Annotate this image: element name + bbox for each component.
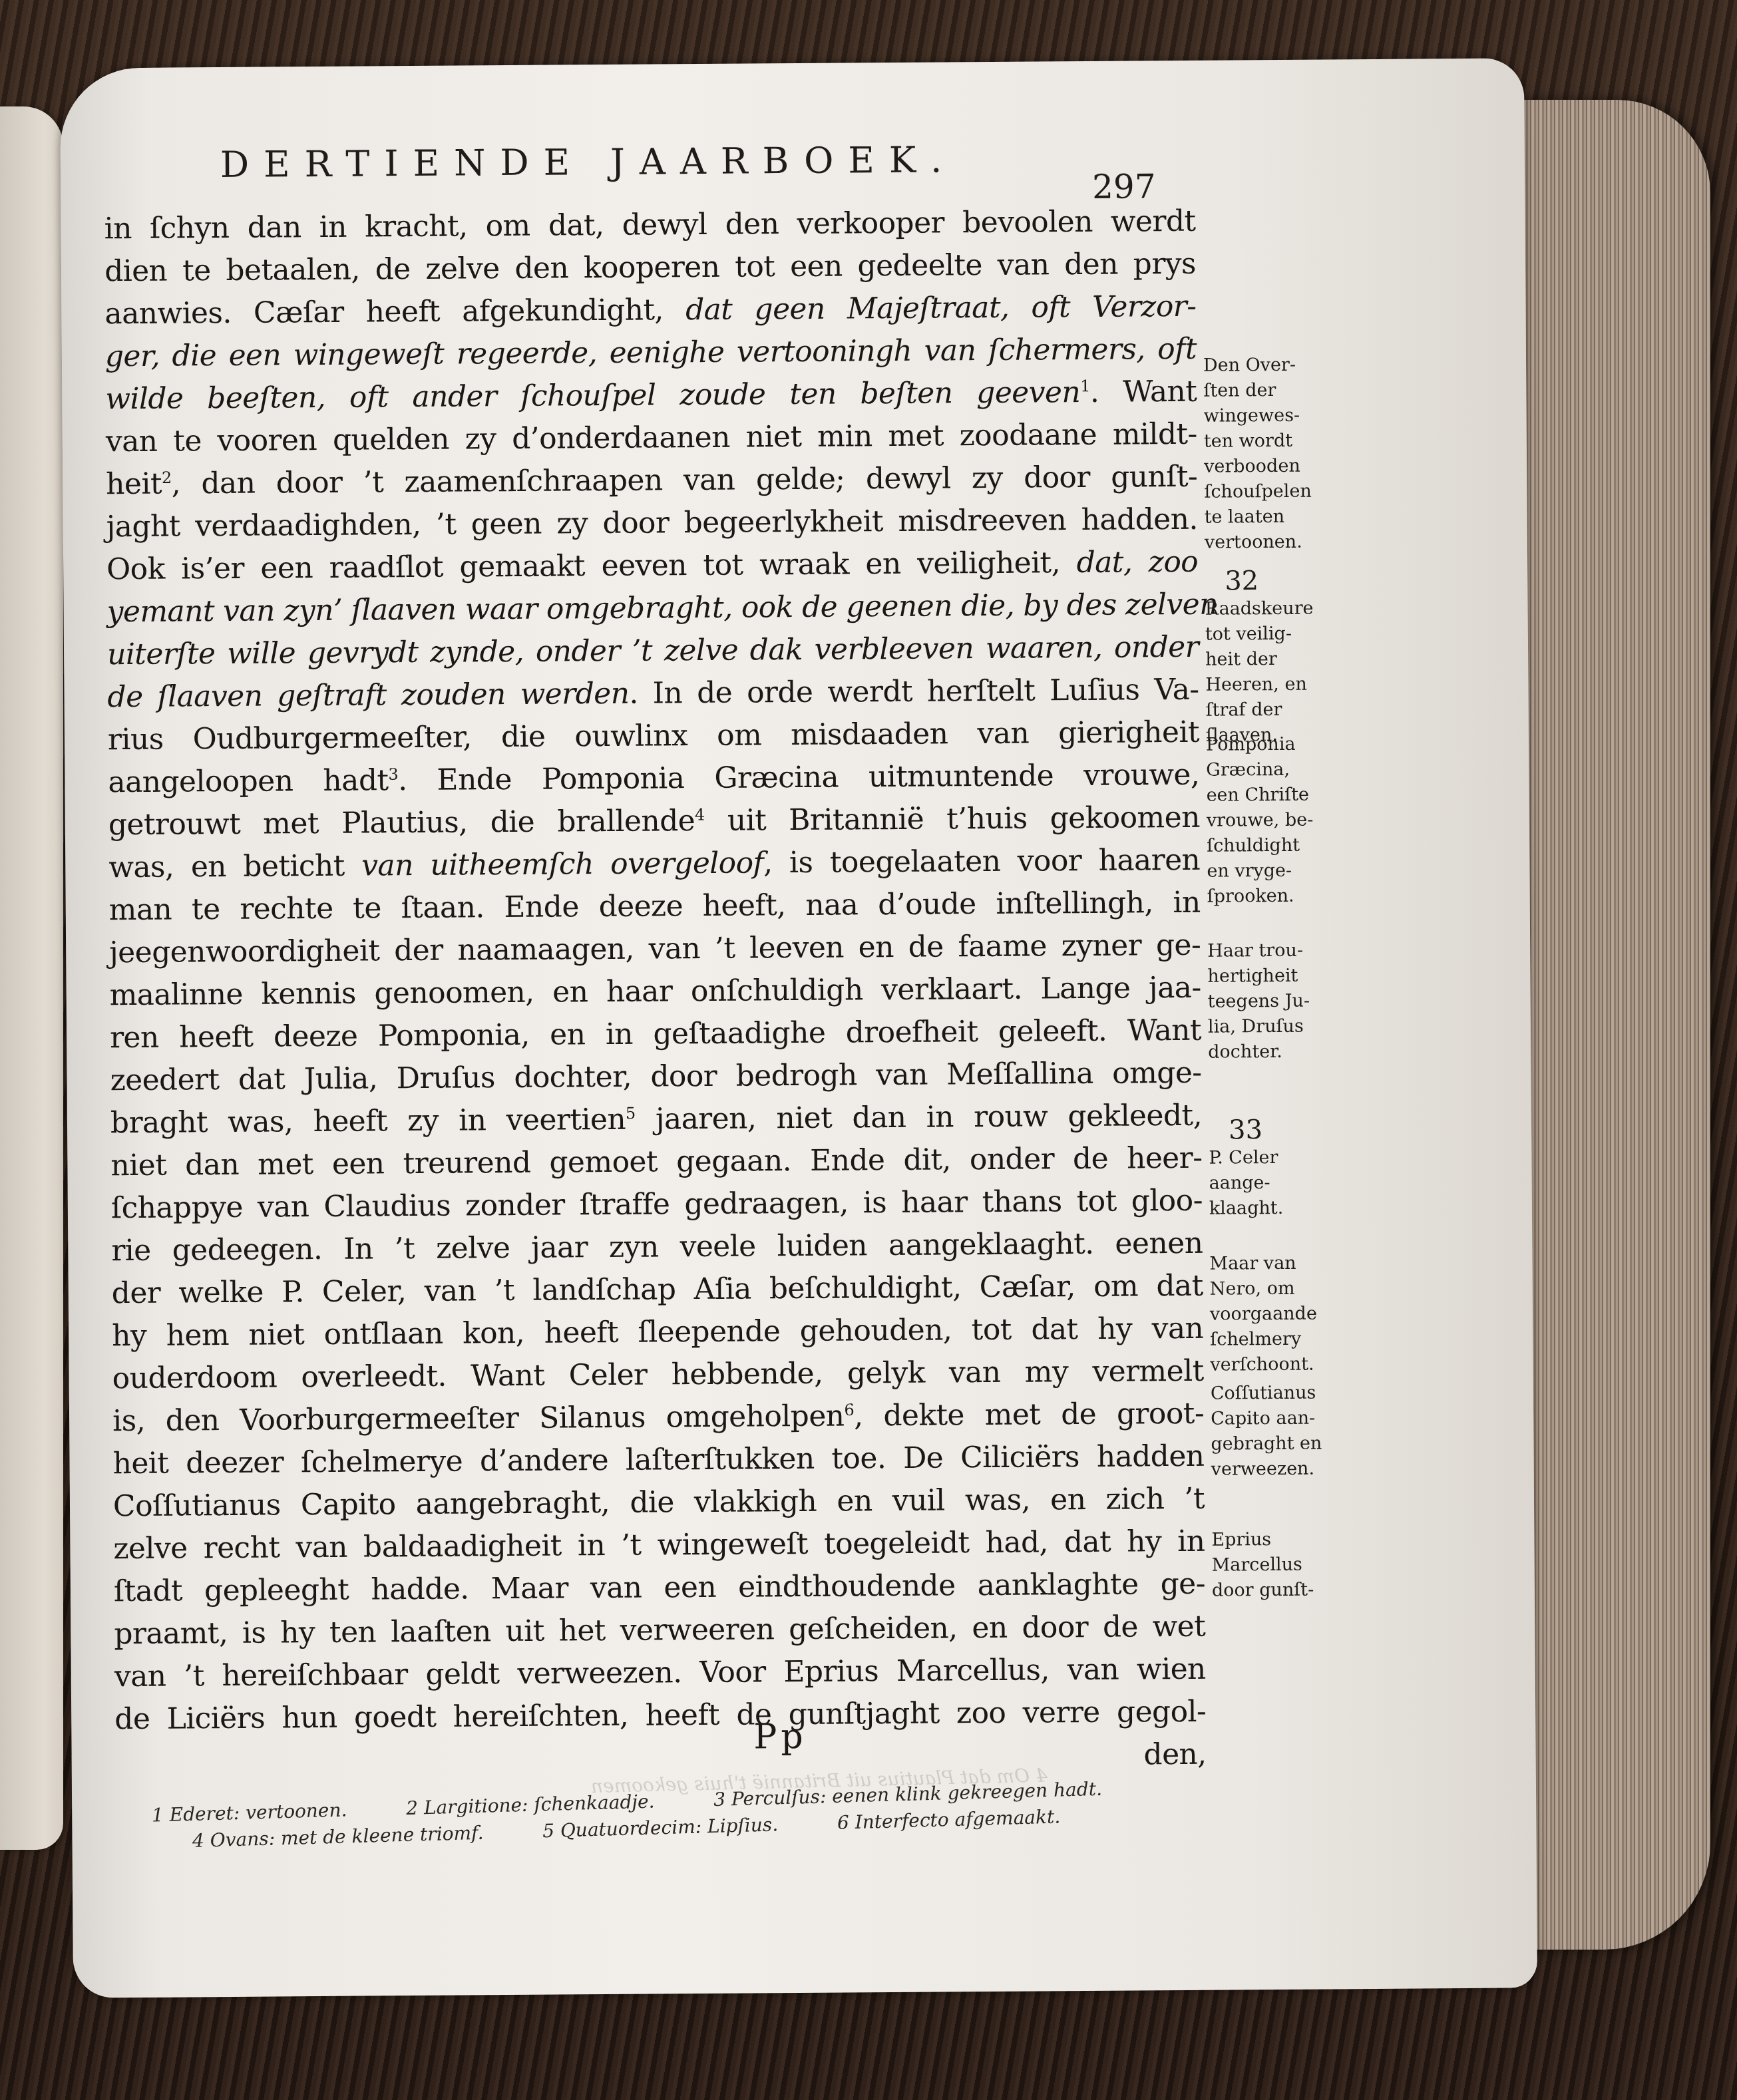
text-line: niet dan met een treurend gemoet gegaan.…	[110, 1137, 1202, 1187]
text-run: is, den Voorburgermeeſter Silanus omgeho…	[112, 1399, 845, 1439]
text-run: Coſſutianus Capito aangebraght, die vlak…	[113, 1482, 1205, 1523]
text-line: rius Oudburgermeeſter, die ouwlinx om mi…	[108, 711, 1199, 761]
text-run: ren heeft deeze Pomponia, en in geſtaadi…	[110, 1013, 1201, 1055]
text-run: braght was, heeft zy in veertien	[110, 1103, 626, 1140]
text-run: yemant van zyn’ ſlaaven waar omgebraght,…	[106, 588, 1218, 629]
text-run: , dan door ’t zaamenſchraapen van gelde;…	[171, 460, 1197, 501]
text-run: maalinne kennis genoomen, en haar onſchu…	[109, 971, 1201, 1012]
text-line: de Liciërs hun goedt hereiſchten, heeft …	[114, 1691, 1206, 1741]
text-run: rius Oudburgermeeſter, die ouwlinx om mi…	[108, 715, 1199, 757]
footnote-marker: 4	[695, 805, 705, 824]
text-run: heit deezer ſchelmerye d’andere laſterſt…	[112, 1439, 1204, 1481]
text-line: jaght verdaadighden, ’t geen zy door beg…	[106, 498, 1197, 548]
margin-note-text: Maar van Nero, om voorgaande ſchelmery v…	[1209, 1253, 1317, 1375]
running-head: DERTIENDE JAARBOEK.	[220, 138, 957, 186]
text-line: der welke P. Celer, van ’t landſchap Aſi…	[112, 1265, 1203, 1315]
text-run: . In de orde werdt herſtelt Luſius Va-	[629, 673, 1199, 711]
text-run: . Ende Pomponia Græcina uitmuntende vrou…	[398, 758, 1200, 797]
text-line: van ’t hereiſchbaar geldt verweezen. Voo…	[114, 1648, 1206, 1698]
text-line: ren heeft deeze Pomponia, en in geſtaadi…	[110, 1009, 1201, 1059]
text-run: hy hem niet ontſlaan kon, heeft ſleepend…	[112, 1312, 1203, 1353]
text-run: jaght verdaadighden, ’t geen zy door beg…	[106, 502, 1198, 544]
text-line: braght was, heeft zy in veertien5 jaaren…	[110, 1095, 1202, 1144]
text-line: maalinne kennis genoomen, en haar onſchu…	[109, 967, 1201, 1017]
text-run: de ſlaaven geſtraft zouden werden	[107, 677, 629, 714]
text-line: ouderdoom overleedt. Want Celer hebbende…	[112, 1350, 1203, 1400]
text-run: in ſchyn dan in kracht, om dat, dewyl de…	[104, 204, 1195, 246]
text-line: Coſſutianus Capito aangebraght, die vlak…	[113, 1478, 1205, 1528]
footnote-marker: 2	[162, 468, 172, 487]
text-run: uiterſte wille gevrydt zynde, onder ’t z…	[107, 630, 1199, 671]
text-run: getrouwt met Plautius, die brallende	[108, 804, 695, 842]
section-number: 32	[1205, 565, 1344, 596]
text-line: zelve recht van baldaadigheit in ’t wing…	[113, 1520, 1205, 1570]
text-line: aanwies. Cæſar heeft afgekundight, dat g…	[104, 285, 1196, 335]
text-line: uiterſte wille gevrydt zynde, onder ’t z…	[107, 626, 1199, 676]
text-line: was, en beticht van uitheemſch overgeloo…	[108, 839, 1200, 889]
footnote-marker: 5	[626, 1104, 636, 1123]
text-run: ger, die een wingeweſt regeerde, eenighe…	[105, 332, 1197, 373]
text-line: Ook is’er een raadſlot gemaakt eeven tot…	[106, 541, 1198, 591]
text-run: niet dan met een treurend gemoet gegaan.…	[110, 1141, 1202, 1182]
text-run: wilde beeſten, oft ander ſchouſpel zoude…	[105, 375, 1080, 416]
text-line: ger, die een wingeweſt regeerde, eenighe…	[105, 328, 1197, 378]
signature-mark: Pp	[753, 1717, 807, 1757]
text-run: dien te betaalen, de zelve den kooperen …	[104, 247, 1196, 288]
text-line: is, den Voorburgermeeſter Silanus omgeho…	[112, 1393, 1204, 1443]
text-line: zeedert dat Julia, Druſus dochter, door …	[110, 1052, 1201, 1102]
margin-note-text: Den Over- ſten der wingewes- ten wordt v…	[1203, 355, 1312, 553]
text-run: den,	[1143, 1737, 1206, 1772]
margin-notes: Den Over- ſten der wingewes- ten wordt v…	[1202, 199, 1342, 200]
main-text-block: in ſchyn dan in kracht, om dat, dewyl de…	[104, 200, 1206, 1783]
text-run: zeedert dat Julia, Druſus dochter, door …	[110, 1056, 1201, 1097]
text-line: ſchappye van Claudius zonder ſtraffe ged…	[111, 1180, 1203, 1230]
margin-note-text: Coſſutianus Capito aan- gebraght en verw…	[1211, 1383, 1322, 1480]
text-run: ouderdoom overleedt. Want Celer hebbende…	[112, 1354, 1203, 1395]
margin-note-text: P. Celer aange- klaaght.	[1209, 1147, 1283, 1219]
text-run: Ook is’er een raadſlot gemaakt eeven tot…	[106, 546, 1077, 586]
footnote-marker: 1	[1080, 377, 1090, 395]
margin-note: Maar van Nero, om voorgaande ſchelmery v…	[1209, 1250, 1350, 1377]
margin-note-text: Eprius Marcellus door gunſt-	[1211, 1529, 1314, 1601]
footnote-marker: 3	[388, 765, 398, 784]
section-number: 33	[1209, 1114, 1348, 1145]
text-line: getrouwt met Plautius, die brallende4 ui…	[108, 796, 1200, 846]
text-run: . Want	[1090, 375, 1197, 409]
text-run: praamt, is hy ten laaſten uit het verwee…	[114, 1610, 1205, 1651]
margin-note: Coſſutianus Capito aan- gebraght en verw…	[1211, 1380, 1351, 1482]
text-line: jeegenwoordigheit der naamaagen, van ’t …	[109, 924, 1201, 974]
text-run: dat, zoo	[1076, 545, 1198, 580]
text-line: yemant van zyn’ ſlaaven waar omgebraght,…	[106, 584, 1198, 633]
text-line: heit2, dan door ’t zaamenſchraapen van g…	[106, 456, 1197, 506]
text-run: , is toegelaaten voor haaren	[763, 843, 1200, 880]
text-line: wilde beeſten, oft ander ſchouſpel zoude…	[105, 371, 1197, 421]
text-run: uit Britannië t’huis gekoomen	[705, 800, 1200, 838]
text-run: ſchappye van Claudius zonder ſtraffe ged…	[111, 1184, 1203, 1225]
margin-note: 33P. Celer aange- klaaght.	[1209, 1114, 1349, 1221]
text-run: aangeloopen hadt	[108, 763, 388, 799]
text-run: jeegenwoordigheit der naamaagen, van ’t …	[109, 928, 1201, 969]
text-run: van te vooren quelden zy d’onderdaanen n…	[106, 417, 1197, 458]
margin-note-text: Raadskeure tot veilig- heit der Heeren, …	[1205, 598, 1314, 746]
text-run: jaaren, niet dan in rouw gekleedt,	[636, 1099, 1203, 1137]
margin-note: Haar trou- hertigheit teegens Ju- lia, D…	[1207, 938, 1348, 1065]
text-run: rie gedeegen. In ’t zelve jaar zyn veele…	[111, 1226, 1203, 1268]
margin-note: Pomponia Græcina, een Chriſte vrouwe, be…	[1206, 731, 1347, 909]
footnote-6: 6 Interfecto afgemaakt.	[837, 1803, 1060, 1836]
footnote-marker: 6	[844, 1401, 854, 1419]
text-run: , dekte met de groot-	[854, 1397, 1204, 1433]
margin-note-text: Haar trou- hertigheit teegens Ju- lia, D…	[1207, 940, 1310, 1063]
footnote-5: 5 Quatuordecim: Lipſius.	[542, 1811, 779, 1844]
text-line: man te rechte te ſtaan. Ende deeze heeft…	[109, 882, 1201, 932]
text-run: dat geen Majeſtraat, oft Verzor-	[685, 289, 1197, 327]
text-line: dien te betaalen, de zelve den kooperen …	[104, 243, 1196, 293]
text-run: der welke P. Celer, van ’t landſchap Aſi…	[112, 1269, 1203, 1310]
text-run: van ’t hereiſchbaar geldt verweezen. Voo…	[114, 1652, 1206, 1693]
text-line: de ſlaaven geſtraft zouden werden. In de…	[107, 669, 1199, 719]
text-run: man te rechte te ſtaan. Ende deeze heeft…	[109, 886, 1201, 927]
text-line: van te vooren quelden zy d’onderdaanen n…	[106, 413, 1197, 463]
facing-page-edge	[0, 106, 63, 1850]
margin-note: 32Raadskeure tot veilig- heit der Heeren…	[1205, 565, 1346, 748]
text-run: van uitheemſch overgeloof	[361, 846, 763, 882]
text-run: zelve recht van baldaadigheit in ’t wing…	[113, 1524, 1205, 1566]
text-line: ſtadt gepleeght hadde. Maar van een eind…	[114, 1563, 1205, 1613]
text-run: ſtadt gepleeght hadde. Maar van een eind…	[114, 1567, 1205, 1608]
text-run: heit	[106, 467, 162, 502]
text-run: was, en beticht	[108, 849, 361, 885]
margin-note-text: Pomponia Græcina, een Chriſte vrouwe, be…	[1206, 734, 1313, 907]
text-line: hy hem niet ontſlaan kon, heeft ſleepend…	[112, 1308, 1203, 1357]
text-line: in ſchyn dan in kracht, om dat, dewyl de…	[104, 200, 1195, 250]
text-line: praamt, is hy ten laaſten uit het verwee…	[114, 1606, 1205, 1656]
text-run: de Liciërs hun goedt hereiſchten, heeft …	[114, 1695, 1206, 1736]
text-run: aanwies. Cæſar heeft afgekundight,	[104, 293, 685, 331]
margin-note: Eprius Marcellus door gunſt-	[1211, 1526, 1352, 1603]
margin-note: Den Over- ſten der wingewes- ten wordt v…	[1203, 352, 1344, 555]
text-line: rie gedeegen. In ’t zelve jaar zyn veele…	[111, 1222, 1203, 1272]
text-line: aangeloopen hadt3. Ende Pomponia Græcina…	[108, 754, 1199, 804]
text-line: heit deezer ſchelmerye d’andere laſterſt…	[112, 1435, 1204, 1485]
book-page: DERTIENDE JAARBOEK. 297 in ſchyn dan in …	[60, 58, 1537, 1998]
